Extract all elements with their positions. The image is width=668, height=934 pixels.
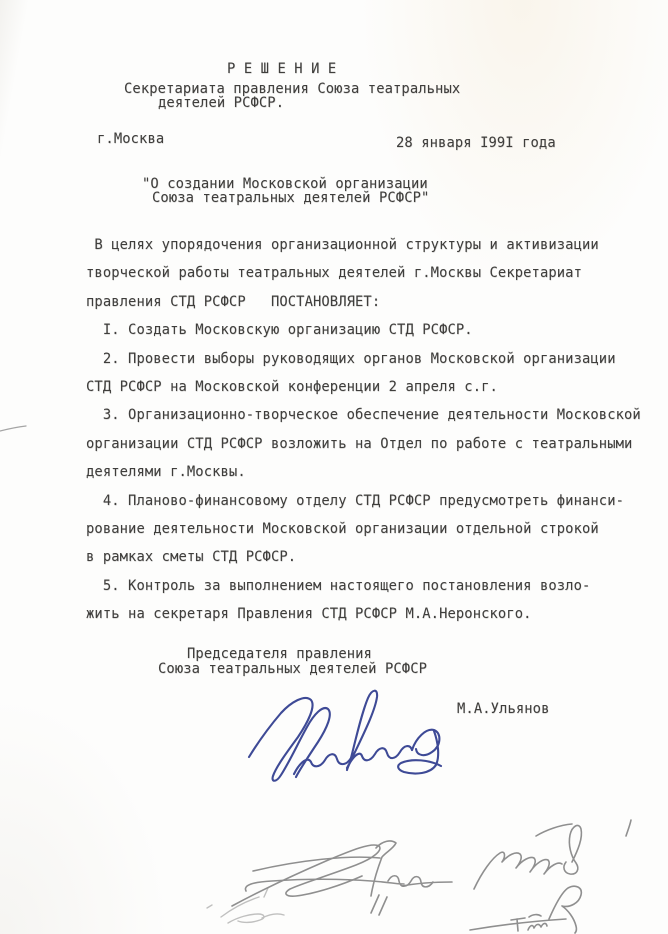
body-text-line: в рамках сметы СТД РСФСР. [86,543,646,571]
stray-pen-mark [0,426,26,431]
scanned-document-page: Р Е Ш Е Н И Е Секретариата правления Сою… [0,0,668,934]
pencil-scribble-bottom-left [207,888,284,923]
body-text-line: СТД РСФСР на Московской конференции 2 ап… [86,373,646,401]
place-label: г.Москва [97,131,164,147]
signoff-position-line-2: Союза театральных деятелей РСФСР [158,661,427,677]
body-text-line: В целях упорядочения организационной стр… [86,231,646,259]
body-text-line: 2. Провести выборы руководящих органов М… [86,345,646,373]
document-title: Р Е Ш Е Н И Е [227,61,336,77]
body-text-line: I. Создать Московскую организацию СТД РС… [86,316,646,344]
signoff-position-line-1: Председателя правления [187,646,372,662]
body-text-line: правления СТД РСФСР ПОСТАНОВЛЯЕТ: [86,288,646,316]
date-label: 28 января I99I года [396,135,556,151]
body-text-line: организации СТД РСФСР возложить на Отдел… [86,430,646,458]
document-body: В целях упорядочения организационной стр… [86,231,646,629]
pencil-signature-left [232,841,452,915]
subject-line-2: Союза театральных деятелей РСФСР" [152,190,429,206]
body-text-line: творческой работы театральных деятелей г… [86,259,646,287]
pencil-signature-right [470,820,631,933]
body-text-line: 4. Планово-финансовому отделу СТД РСФСР … [86,487,646,515]
body-text-line: 3. Организационно-творческое обеспечение… [86,401,646,429]
body-text-line: деятелями г.Москвы. [86,458,646,486]
body-text-line: жить на секретаря Правления СТД РСФСР М.… [86,600,646,628]
body-text-line: рование деятельности Московской организа… [86,515,646,543]
issuing-org-line-2: деятелей РСФСР. [158,95,284,111]
signer-name: М.А.Ульянов [457,701,549,717]
chairman-signature-ink [249,691,441,781]
body-text-line: 5. Контроль за выполнением настоящего по… [86,572,646,600]
